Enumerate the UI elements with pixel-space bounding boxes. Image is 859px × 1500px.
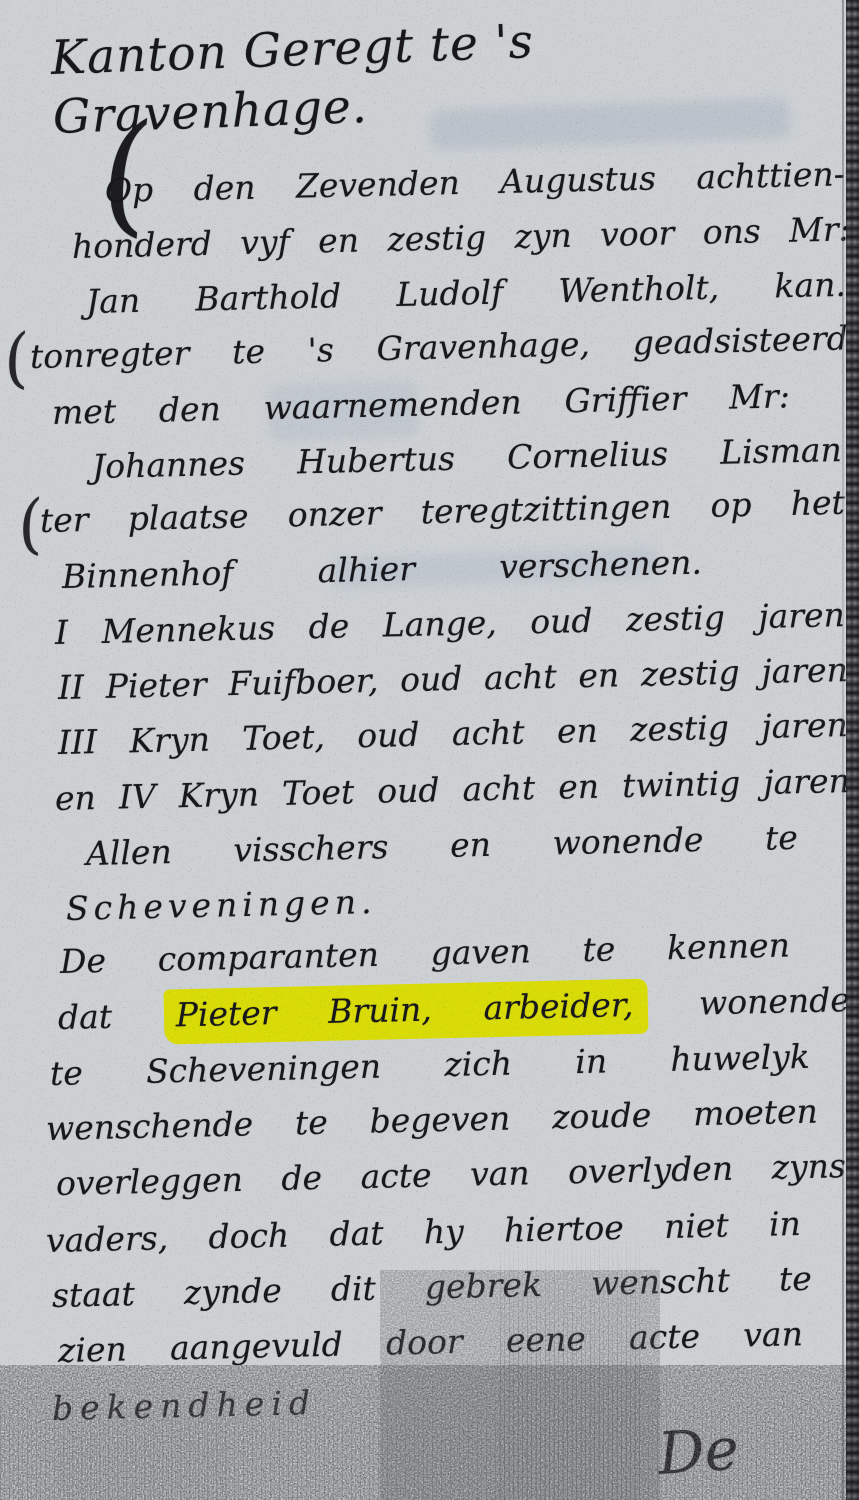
highlighted-name: Pieter Bruin, arbeider, [163,979,648,1045]
text-line: staat zynde dit gebrek wenscht te [52,1258,813,1316]
highlight-prefix: dat [58,996,165,1037]
text-line: De comparanten gaven te kennen [60,924,791,982]
text-line: overleggen de acte van overlyden zyns [56,1145,847,1204]
text-line-comparant-4: en IV Kryn Toet oud acht en twintig jare… [55,760,851,819]
binding-gap-line [842,0,844,1500]
text-line: wenschende te begeven zoude moeten [46,1090,819,1149]
text-line: vaders, doch dat hy hiertoe niet in [46,1203,802,1261]
book-binding-edge [842,0,859,1500]
text-line: Jan Barthold Ludolf Wentholt, kan. [86,264,847,322]
text-line: ter plaatse onzer teregtzittingen op het [40,482,846,542]
text-line: te Scheveningen zich in huwelyk [50,1036,811,1094]
text-line: tonregter te 's Gravenhage, geadsisteerd [30,317,849,377]
text-line-comparant-1: I Mennekus de Lange, oud zestig jaren [55,594,846,653]
text-line: honderd vyf en zestig zyn voor ons Mr: [72,208,851,267]
scan-smudge [0,1360,859,1500]
highlight-suffix: wonende [647,980,850,1024]
scanned-document-page: Kanton Geregt te 's Gravenhage. ( ( ( Op… [0,0,859,1500]
text-line-comparant-3: III Kryn Toet, oud acht en zestig jaren [58,704,849,763]
text-line: Johannes Hubertus Cornelius Lisman [92,429,843,487]
text-line-comparant-2: II Pieter Fuifboer, oud acht en zestig j… [58,649,849,708]
text-line: Op den Zevenden Augustus achttien- [105,153,846,211]
text-line-highlighted: dat Pieter Bruin, arbeider, wonende [58,979,851,1038]
text-line: Binnenhof alhier verschenen. [62,541,703,597]
text-line: met den waarnemenden Griffier Mr: [52,375,791,433]
text-line: Scheveningen. [66,881,377,929]
binding-dark-strip [846,0,859,1500]
text-line: Allen visschers en wonende te [86,817,799,874]
